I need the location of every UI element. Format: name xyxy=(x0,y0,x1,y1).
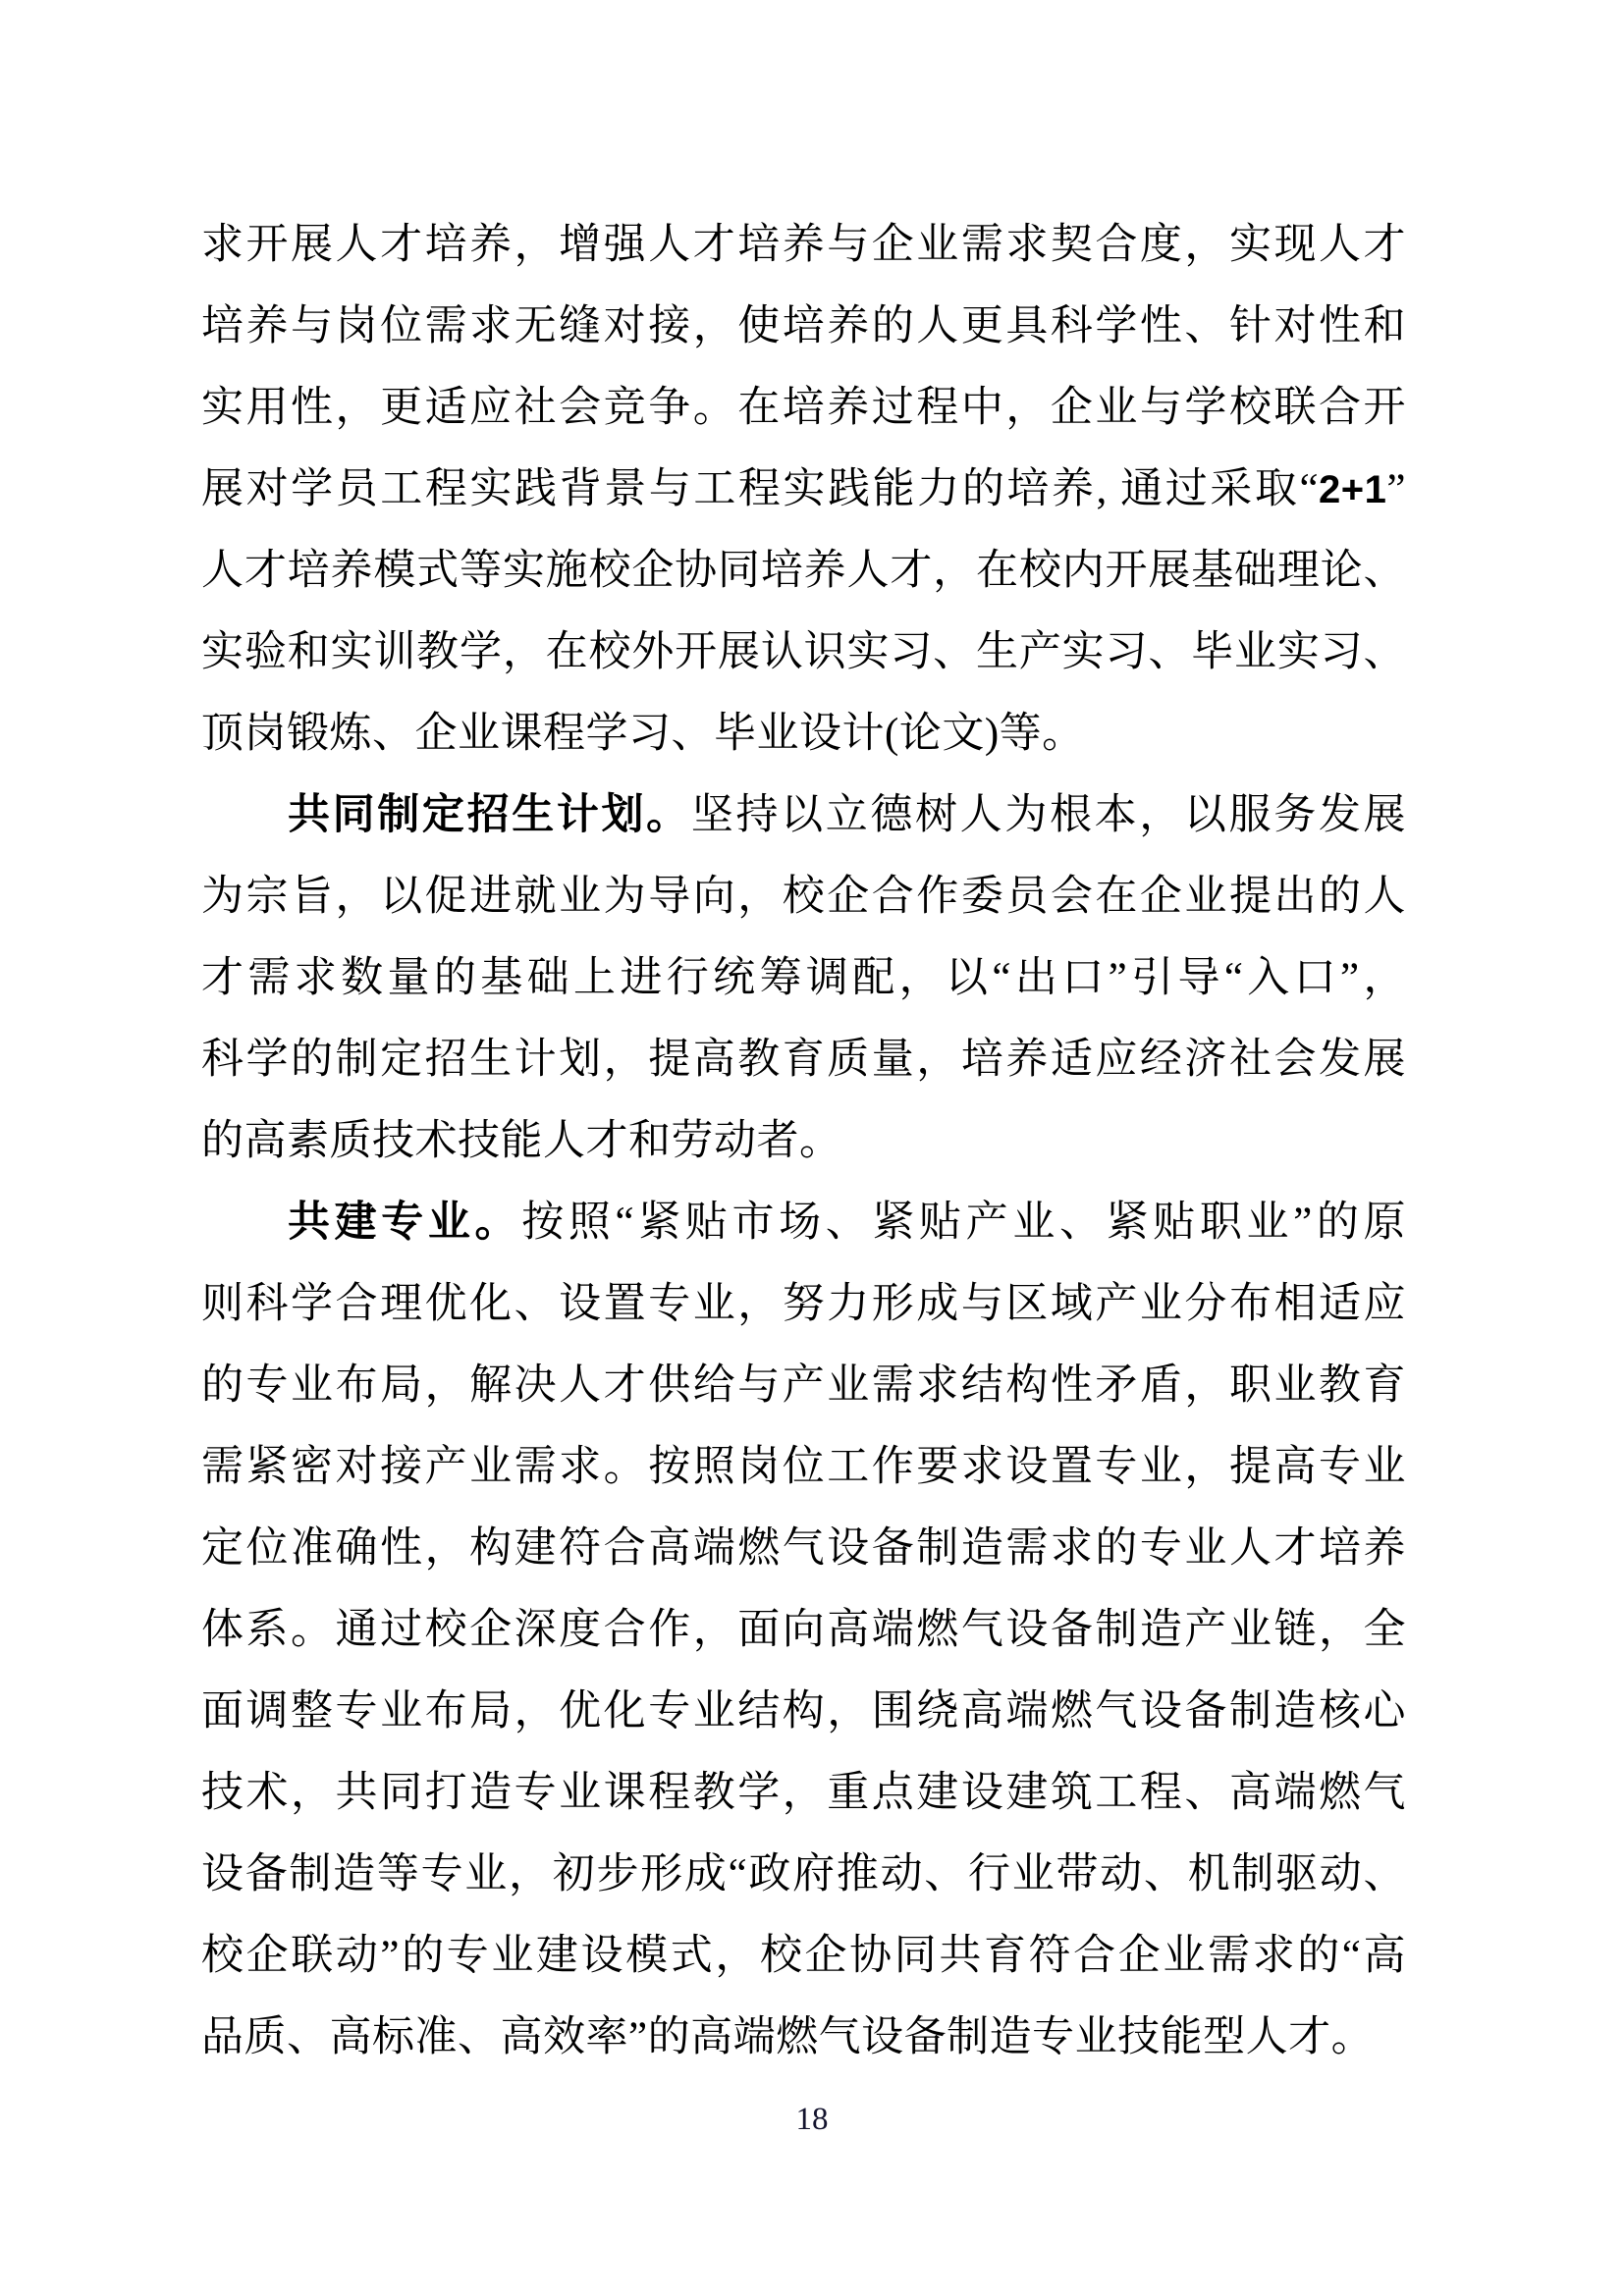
paragraph-lead: 共同制定招生计划。 xyxy=(288,791,691,838)
text-segment: 求开展人才培养，增强人才培养与企业需求契合度，实现人才 xyxy=(201,222,1406,268)
text-line-p2-1: 共同制定招生计划。坚持以立德树人为根本，以服务发展 xyxy=(201,774,1406,856)
text-line-p3-10: 校企联动”的专业建设模式，校企协同共育符合企业需求的“高 xyxy=(201,1915,1406,1997)
text-line-p1-7: 顶岗锻炼、企业课程学习、毕业设计(论文)等。 xyxy=(201,693,1406,774)
text-line-p3-3: 的专业布局，解决人才供给与产业需求结构性矛盾，职业教育 xyxy=(201,1345,1406,1426)
text-line-p3-11: 品质、高标准、高效率”的高端燃气设备制造专业技能型人才。 xyxy=(201,1997,1406,2078)
text-segment: 品质、高标准、高效率”的高端燃气设备制造专业技能型人才。 xyxy=(201,2014,1374,2060)
text-segment: 才需求数量的基础上进行统筹调配，以“出口”引导“入口”， xyxy=(201,955,1406,1001)
document-page: 求开展人才培养，增强人才培养与企业需求契合度，实现人才培养与岗位需求无缝对接，使… xyxy=(0,0,1624,2296)
text-segment: 展对学员工程实践背景与工程实践能力的培养, 通过采取“ xyxy=(201,466,1319,512)
page-number: 18 xyxy=(0,2099,1624,2140)
text-line-p3-1: 共建专业。按照“紧贴市场、紧贴产业、紧贴职业”的原 xyxy=(201,1182,1406,1263)
paragraph-lead: 共建专业。 xyxy=(288,1199,521,1246)
text-line-p1-2: 培养与岗位需求无缝对接，使培养的人更具科学性、针对性和 xyxy=(201,286,1406,367)
text-segment: ” xyxy=(1386,466,1406,512)
text-line-p1-1: 求开展人才培养，增强人才培养与企业需求契合度，实现人才 xyxy=(201,204,1406,286)
text-segment: 的高素质技术技能人才和劳动者。 xyxy=(201,1118,842,1164)
text-line-p2-2: 为宗旨，以促进就业为导向，校企合作委员会在企业提出的人 xyxy=(201,856,1406,937)
text-line-p2-5: 的高素质技术技能人才和劳动者。 xyxy=(201,1100,1406,1182)
body-text: 求开展人才培养，增强人才培养与企业需求契合度，实现人才培养与岗位需求无缝对接，使… xyxy=(201,204,1406,2078)
text-segment: 体系。通过校企深度合作，面向高端燃气设备制造产业链，全 xyxy=(201,1607,1406,1653)
text-line-p1-6: 实验和实训教学，在校外开展认识实习、生产实习、毕业实习、 xyxy=(201,612,1406,693)
text-segment: 则科学合理优化、设置专业，努力形成与区域产业分布相适应 xyxy=(201,1281,1406,1327)
text-segment: 需紧密对接产业需求。按照岗位工作要求设置专业，提高专业 xyxy=(201,1444,1406,1490)
text-segment: 技术，共同打造专业课程教学，重点建设建筑工程、高端燃气 xyxy=(201,1770,1406,1816)
text-line-p1-4: 展对学员工程实践背景与工程实践能力的培养, 通过采取“2+1” xyxy=(201,449,1406,530)
text-segment: 校企联动”的专业建设模式，校企协同共育符合企业需求的“高 xyxy=(201,1933,1406,1979)
text-line-p3-6: 体系。通过校企深度合作，面向高端燃气设备制造产业链，全 xyxy=(201,1589,1406,1671)
text-line-p3-7: 面调整专业布局，优化专业结构，围绕高端燃气设备制造核心 xyxy=(201,1671,1406,1752)
text-segment: 按照“紧贴市场、紧贴产业、紧贴职业”的原 xyxy=(521,1200,1406,1246)
text-segment: 2+1 xyxy=(1319,468,1386,511)
text-segment: 科学的制定招生计划，提高教育质量，培养适应经济社会发展 xyxy=(201,1037,1406,1083)
text-segment: 坚持以立德树人为根本，以服务发展 xyxy=(691,792,1406,838)
text-segment: 的专业布局，解决人才供给与产业需求结构性矛盾，职业教育 xyxy=(201,1362,1406,1409)
text-line-p1-3: 实用性，更适应社会竞争。在培养过程中，企业与学校联合开 xyxy=(201,367,1406,449)
text-segment: 面调整专业布局，优化专业结构，围绕高端燃气设备制造核心 xyxy=(201,1688,1406,1735)
text-line-p3-9: 设备制造等专业，初步形成“政府推动、行业带动、机制驱动、 xyxy=(201,1834,1406,1915)
text-segment: 为宗旨，以促进就业为导向，校企合作委员会在企业提出的人 xyxy=(201,874,1406,920)
text-segment: 实验和实训教学，在校外开展认识实习、生产实习、毕业实习、 xyxy=(201,629,1406,675)
text-line-p3-2: 则科学合理优化、设置专业，努力形成与区域产业分布相适应 xyxy=(201,1263,1406,1345)
text-segment: 实用性，更适应社会竞争。在培养过程中，企业与学校联合开 xyxy=(201,385,1406,431)
text-line-p3-4: 需紧密对接产业需求。按照岗位工作要求设置专业，提高专业 xyxy=(201,1426,1406,1508)
text-line-p2-4: 科学的制定招生计划，提高教育质量，培养适应经济社会发展 xyxy=(201,1019,1406,1100)
text-segment: 定位准确性，构建符合高端燃气设备制造需求的专业人才培养 xyxy=(201,1525,1406,1572)
text-segment: 顶岗锻炼、企业课程学习、毕业设计(论文)等。 xyxy=(201,711,1085,757)
text-segment: 人才培养模式等实施校企协同培养人才，在校内开展基础理论、 xyxy=(201,548,1406,594)
text-line-p2-3: 才需求数量的基础上进行统筹调配，以“出口”引导“入口”， xyxy=(201,937,1406,1019)
text-line-p3-5: 定位准确性，构建符合高端燃气设备制造需求的专业人才培养 xyxy=(201,1508,1406,1589)
text-line-p3-8: 技术，共同打造专业课程教学，重点建设建筑工程、高端燃气 xyxy=(201,1752,1406,1834)
text-segment: 设备制造等专业，初步形成“政府推动、行业带动、机制驱动、 xyxy=(201,1851,1406,1897)
text-line-p1-5: 人才培养模式等实施校企协同培养人才，在校内开展基础理论、 xyxy=(201,530,1406,612)
text-segment: 培养与岗位需求无缝对接，使培养的人更具科学性、针对性和 xyxy=(201,303,1406,349)
